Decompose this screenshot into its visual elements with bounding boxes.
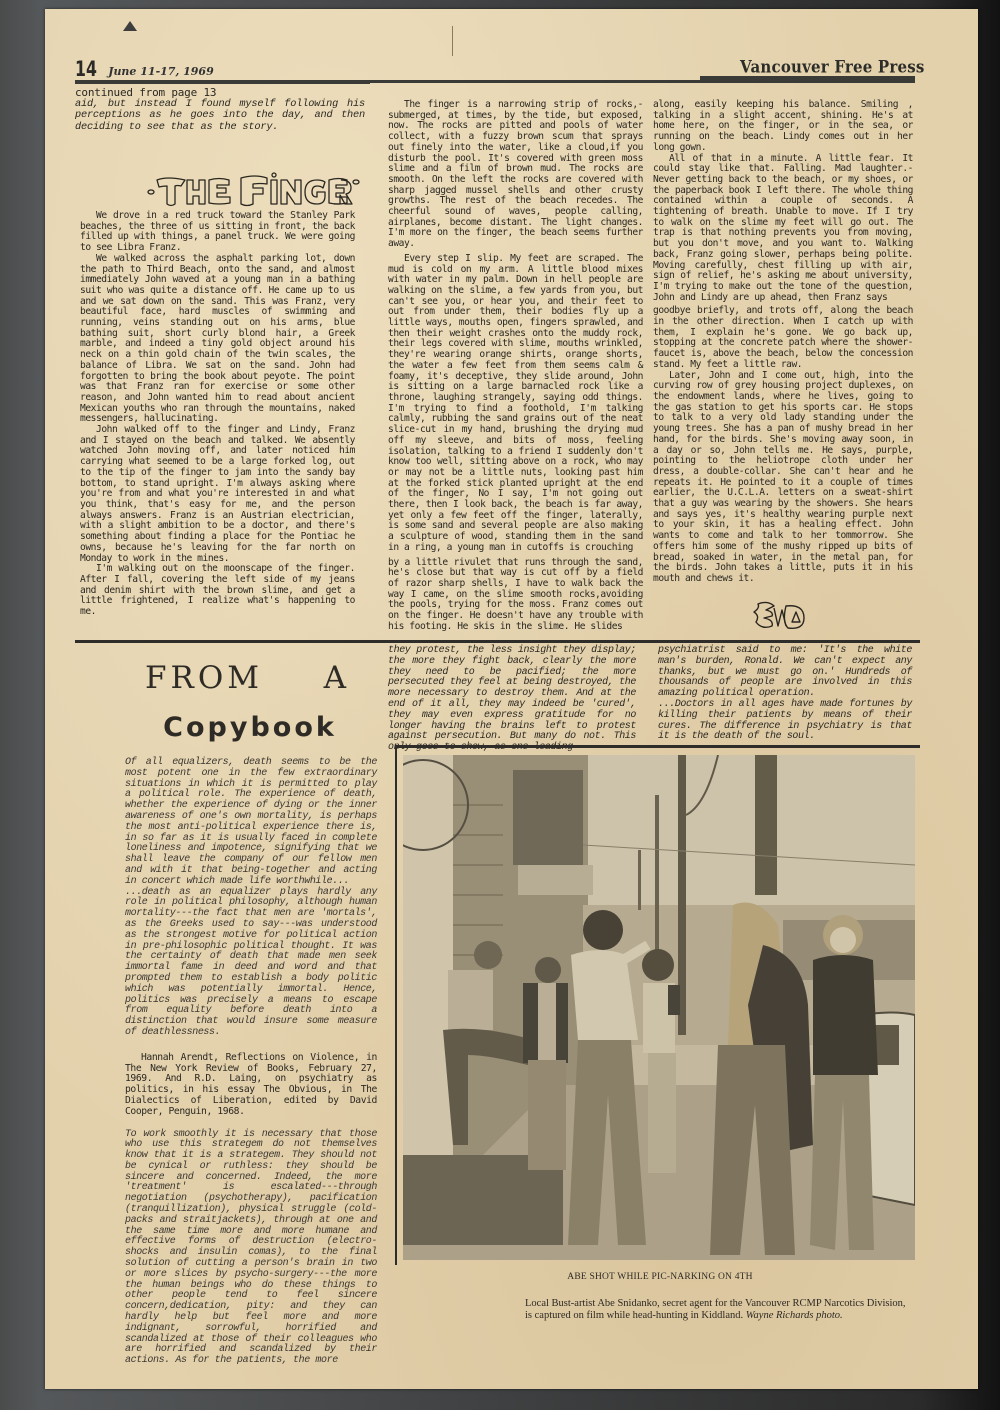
street-scene-photo: Street scene: group of young people on a… bbox=[403, 755, 915, 1260]
quote-paragraph: ...Doctors in all ages have made fortune… bbox=[658, 700, 912, 743]
finger-intro: continued from page 13 aid, but instead … bbox=[75, 88, 365, 133]
paragraph: Every step I slip. My feet are scraped. … bbox=[388, 254, 643, 554]
photo-frame-left bbox=[395, 745, 397, 1265]
finger-column-3: along, easily keeping his balance. Smili… bbox=[653, 100, 913, 585]
caption-text: Local Bust-artist Abe Snidanko, secret a… bbox=[525, 1298, 906, 1321]
end-mark-doodle: END bbox=[752, 598, 807, 634]
headline-word: A bbox=[324, 660, 350, 696]
photo-credit: Wayne Richards photo. bbox=[746, 1310, 843, 1321]
copybook-headline-line2: Copybook bbox=[160, 712, 340, 743]
publication-name: Vancouver Free Press bbox=[740, 57, 920, 77]
headline-word: FROM bbox=[145, 660, 263, 696]
paragraph: by a little rivulet that runs through th… bbox=[388, 558, 643, 633]
paragraph: along, easily keeping his balance. Smili… bbox=[653, 100, 913, 154]
page-header-left: 14 June 11-17, 1969 bbox=[75, 50, 315, 80]
finger-column-1: We drove in a red truck toward the Stanl… bbox=[80, 211, 355, 618]
paragraph: John walked off to the finger and Lindy,… bbox=[80, 425, 355, 564]
paragraph: Later, John and I come out, high, into t… bbox=[653, 371, 913, 585]
photo-headline: ABE SHOT WHILE PIC-NARKING ON 4TH bbox=[500, 1272, 820, 1282]
copybook-column-2: they protest, the less insight they disp… bbox=[388, 646, 636, 754]
paragraph: We walked across the asphalt parking lot… bbox=[80, 254, 355, 425]
quote-paragraph: Of all equalizers, death seems to be the… bbox=[125, 758, 377, 888]
header-rule-left bbox=[75, 80, 370, 84]
copybook-column-3: psychiatrist said to me: 'It's the white… bbox=[658, 646, 912, 743]
paragraph: I'm walking out on the moonscape of the … bbox=[80, 564, 355, 618]
photo-caption: Local Bust-artist Abe Snidanko, secret a… bbox=[525, 1298, 910, 1321]
photo-frame-top bbox=[395, 745, 920, 748]
quote-paragraph: they protest, the less insight they disp… bbox=[388, 646, 636, 754]
header-rule-right bbox=[700, 76, 915, 83]
issue-date: June 11-17, 1969 bbox=[108, 65, 213, 80]
quote-paragraph: psychiatrist said to me: 'It's the white… bbox=[658, 646, 912, 700]
finger-column-2: The finger is a narrowing strip of rocks… bbox=[388, 100, 643, 632]
paragraph: The finger is a narrowing strip of rocks… bbox=[388, 100, 643, 250]
paragraph: All of that in a minute. A little fear. … bbox=[653, 154, 913, 304]
quote-paragraph: To work smoothly it is necessary that th… bbox=[125, 1130, 377, 1368]
the-finger-title-art: THE FINGER bbox=[145, 170, 360, 210]
paragraph: We drove in a red truck toward the Stanl… bbox=[80, 211, 355, 254]
section-divider-rule bbox=[75, 640, 920, 643]
paragraph: goodbye briefly, and trots off, along th… bbox=[653, 306, 913, 370]
photo-illustration: Street scene: group of young people on a… bbox=[403, 755, 915, 1260]
fold-mark bbox=[452, 26, 453, 56]
attribution: Hannah Arendt, Reflections on Violence, … bbox=[125, 1053, 377, 1118]
quote-paragraph: ...death as an equalizer plays hardly an… bbox=[125, 888, 377, 1039]
copybook-column-1: Of all equalizers, death seems to be the… bbox=[125, 758, 377, 1367]
intro-italic: aid, but instead I found myself followin… bbox=[75, 99, 365, 134]
copybook-headline-line1: FROM A bbox=[145, 660, 350, 696]
page-tear bbox=[123, 21, 137, 31]
page-number: 14 bbox=[75, 59, 97, 80]
